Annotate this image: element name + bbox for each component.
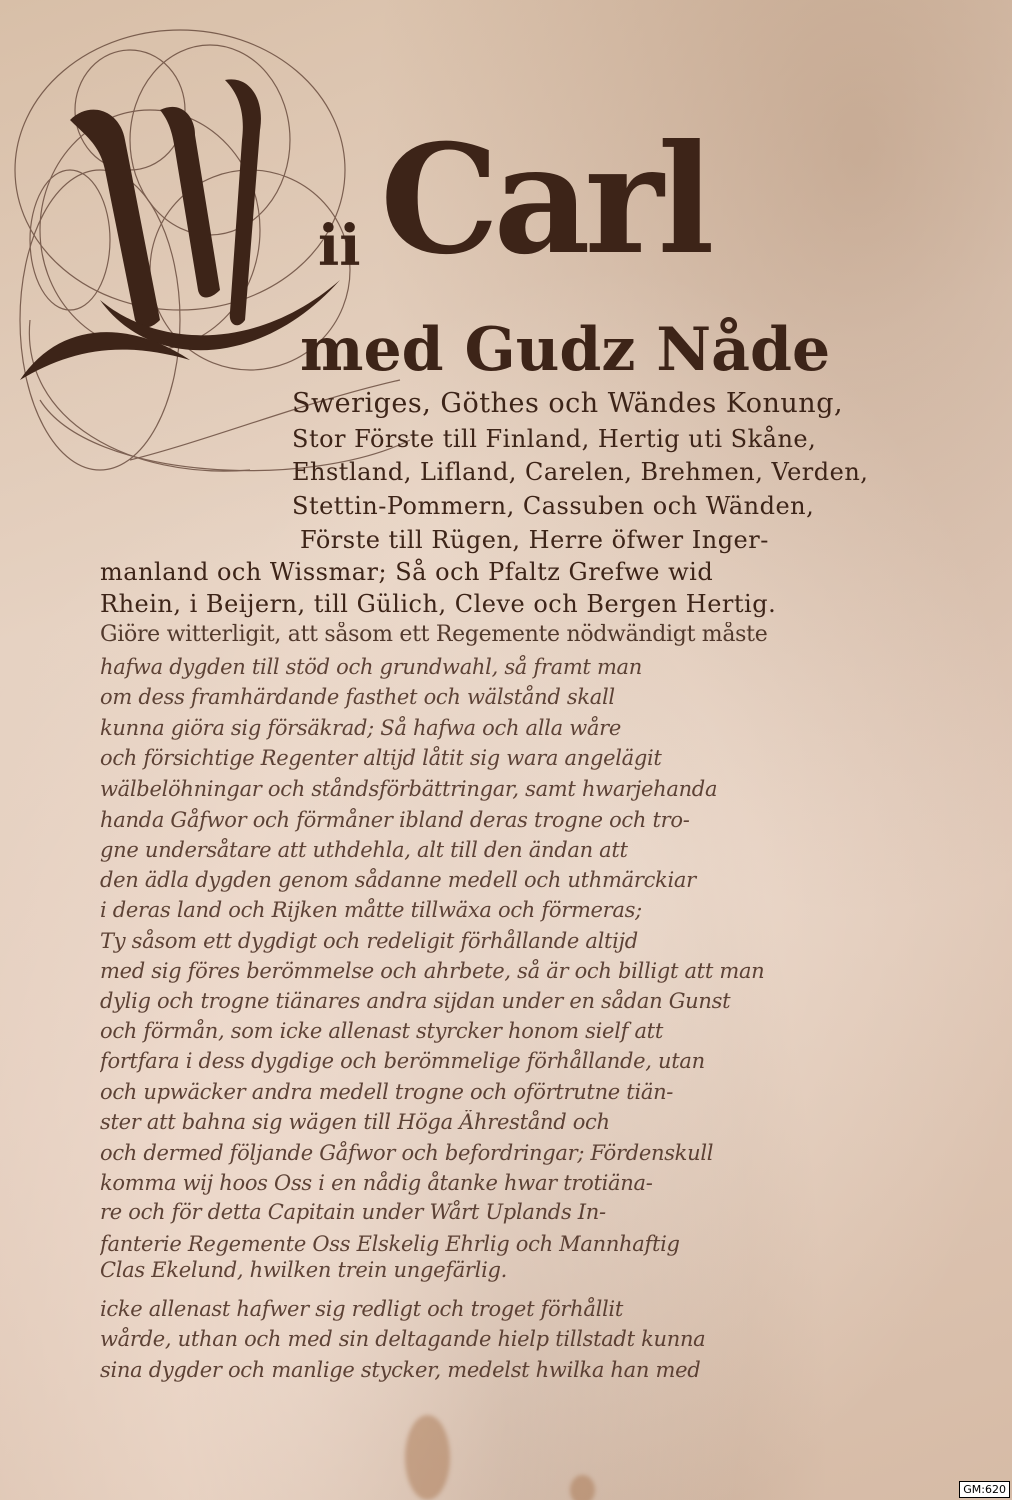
title-line: Sweriges, Göthes och Wändes Konung, — [292, 388, 843, 419]
body-line: Giöre witterligit, att såsom ett Regemen… — [100, 622, 880, 647]
opening-word-rest: ii — [318, 218, 361, 274]
body-line: Ty såsom ett dygdigt och redeligit förhå… — [100, 929, 880, 953]
body-line: och försichtige Regenter altijd låtit si… — [100, 746, 880, 770]
archive-stamp: GM:620 — [959, 1481, 1010, 1498]
body-line: re och för detta Capitain under Wårt Upl… — [100, 1200, 880, 1224]
title-line: Rhein, i Beijern, till Gülich, Cleve och… — [100, 590, 776, 618]
body-line: gne undersåtare att uthdehla, alt till d… — [100, 838, 880, 862]
body-line: den ädla dygden genom sådanne medell och… — [100, 868, 880, 892]
body-line: kunna giöra sig försäkrad; Så hafwa och … — [100, 716, 880, 740]
body-line: om dess framhärdande fasthet och wälstån… — [100, 685, 880, 709]
body-line: ster att bahna sig wägen till Höga Ähres… — [100, 1110, 880, 1134]
title-line: Förste till Rügen, Herre öfwer Inger- — [300, 526, 769, 554]
body-line: fortfara i dess dygdige och berömmelige … — [100, 1049, 880, 1073]
body-line: fanterie Regemente Oss Elskelig Ehrlig o… — [100, 1232, 880, 1256]
body-line-recipient: Clas Ekelund, hwilken trein ungefärlig. — [100, 1258, 880, 1282]
body-line: icke allenast hafwer sig redligt och tro… — [100, 1297, 880, 1321]
body-line: och dermed följande Gåfwor och befordrin… — [100, 1141, 880, 1165]
body-line: wälbelöhningar och ståndsförbättringar, … — [100, 777, 880, 801]
body-line: komma wij hoos Oss i en nådig åtanke hwa… — [100, 1171, 880, 1195]
body-line: handa Gåfwor och förmåner ibland deras t… — [100, 808, 880, 832]
by-grace-of-god-line: med Gudz Nåde — [300, 315, 830, 385]
water-stain — [405, 1415, 450, 1500]
body-line: wårde, uthan och med sin deltagande hiel… — [100, 1327, 880, 1351]
title-line: Stettin-Pommern, Cassuben och Wänden, — [292, 492, 814, 520]
body-line: hafwa dygden till stöd och grundwahl, så… — [100, 655, 880, 679]
body-line: med sig föres berömmelse och ahrbete, så… — [100, 959, 880, 983]
title-line: Stor Förste till Finland, Hertig uti Skå… — [292, 425, 816, 453]
body-line: dylig och trogne tiänares andra sijdan u… — [100, 989, 880, 1013]
monarch-name: Carl — [380, 125, 709, 275]
water-stain — [570, 1475, 595, 1500]
body-line: och upwäcker andra medell trogne och ofö… — [100, 1080, 880, 1104]
body-line: och förmån, som icke allenast styrcker h… — [100, 1019, 880, 1043]
title-line: Ehstland, Lifland, Carelen, Brehmen, Ver… — [292, 458, 868, 486]
body-line: sina dygder och manlige stycker, medelst… — [100, 1358, 880, 1382]
body-line: i deras land och Rijken måtte tillwäxa o… — [100, 898, 880, 922]
title-line: manland och Wissmar; Så och Pfaltz Grefw… — [100, 558, 713, 586]
